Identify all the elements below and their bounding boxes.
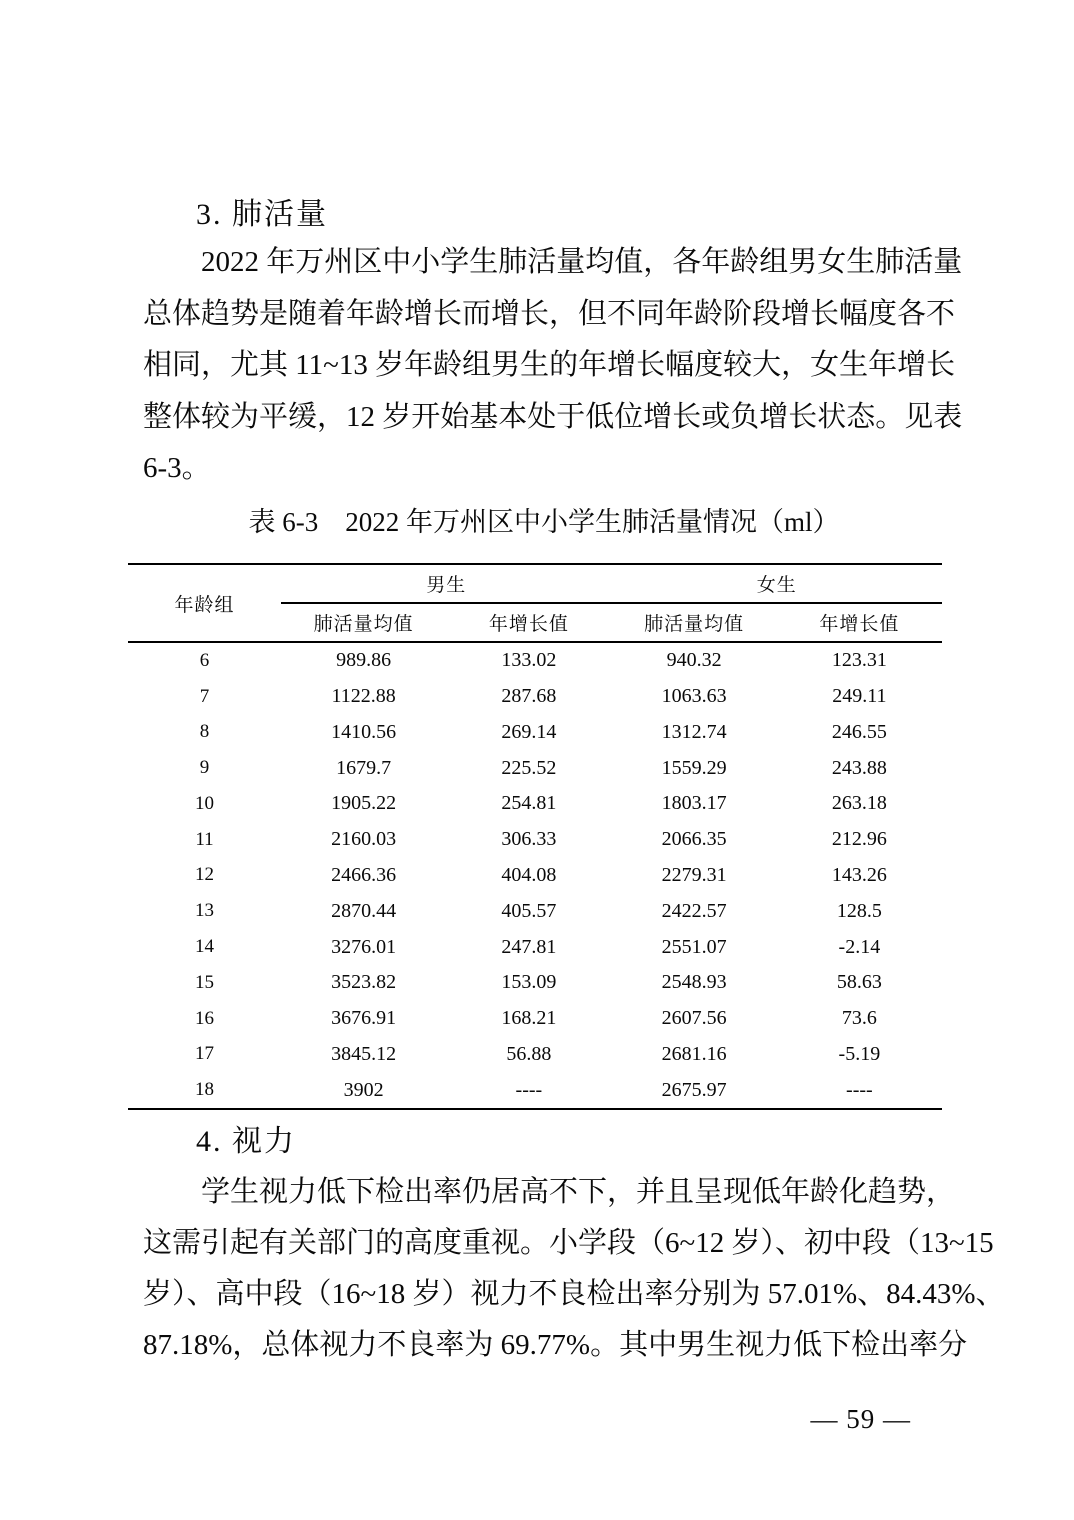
cell-value: 123.31: [777, 649, 942, 672]
cell-value: 168.21: [446, 1007, 611, 1030]
cell-age: 12: [128, 864, 281, 886]
table-row: 71122.88287.681063.63249.11: [128, 679, 942, 715]
lung-capacity-table: 年龄组 男生 女生 肺活量均值 年增长值 肺活量均值 年增长值 6989.861…: [128, 563, 942, 1112]
cell-value: 269.14: [446, 721, 611, 744]
cell-value: 1122.88: [281, 685, 446, 708]
cell-value: 246.55: [777, 721, 942, 744]
cell-value: 2160.03: [281, 828, 446, 851]
cell-value: 128.5: [777, 900, 942, 923]
cell-value: 3676.91: [281, 1007, 446, 1030]
table-body: 6989.86133.02940.32123.3171122.88287.681…: [128, 643, 942, 1108]
cell-value: 3523.82: [281, 971, 446, 994]
cell-value: 2466.36: [281, 864, 446, 887]
cell-age: 15: [128, 972, 281, 994]
cell-value: 2551.07: [612, 936, 777, 959]
cell-value: 404.08: [446, 864, 611, 887]
cell-value: 2422.57: [612, 900, 777, 923]
table-caption: 表 6-3 2022 年万州区中小学生肺活量情况（ml）: [0, 505, 1074, 539]
col-header-female-mean: 肺活量均值: [612, 604, 777, 641]
table-row: 163676.91168.212607.5673.6: [128, 1001, 942, 1037]
cell-value: 2279.31: [612, 864, 777, 887]
paragraph-line: 岁）、高中段（16~18 岁）视力不良检出率分别为 57.01%、84.43%、: [143, 1269, 943, 1320]
col-header-male-mean: 肺活量均值: [281, 604, 446, 641]
cell-value: 56.88: [446, 1043, 611, 1066]
paragraph-line: 学生视力低下检出率仍居高不下，并且呈现低年龄化趋势，: [143, 1167, 943, 1218]
table-row: 101905.22254.811803.17263.18: [128, 786, 942, 822]
section-4-heading: 4. 视力: [196, 1125, 296, 1159]
cell-value: 2675.97: [612, 1079, 777, 1102]
cell-value: 58.63: [777, 971, 942, 994]
paragraph-line: 总体趋势是随着年龄增长而增长，但不同年龄阶段增长幅度各不: [143, 289, 943, 341]
table-row: 112160.03306.332066.35212.96: [128, 822, 942, 858]
cell-value: 940.32: [612, 649, 777, 672]
table-row: 6989.86133.02940.32123.31: [128, 643, 942, 679]
paragraph-line: 6-3。: [143, 443, 943, 495]
cell-value: 306.33: [446, 828, 611, 851]
cell-value: 2066.35: [612, 828, 777, 851]
document-page: 3. 肺活量 2022 年万州区中小学生肺活量均值，各年龄组男女生肺活量 总体趋…: [0, 0, 1074, 1520]
cell-age: 7: [128, 686, 281, 708]
paragraph-vision: 学生视力低下检出率仍居高不下，并且呈现低年龄化趋势， 这需引起有关部门的高度重视…: [143, 1167, 943, 1371]
cell-value: 254.81: [446, 792, 611, 815]
paragraph-lung-capacity: 2022 年万州区中小学生肺活量均值，各年龄组男女生肺活量 总体趋势是随着年龄增…: [143, 237, 943, 495]
table-row: 122466.36404.082279.31143.26: [128, 858, 942, 894]
cell-age: 17: [128, 1043, 281, 1065]
cell-value: 1410.56: [281, 721, 446, 744]
col-header-male-growth: 年增长值: [446, 604, 611, 641]
cell-age: 18: [128, 1079, 281, 1101]
table-row: 81410.56269.141312.74246.55: [128, 715, 942, 751]
table-row: 173845.1256.882681.16-5.19: [128, 1036, 942, 1072]
cell-value: ----: [777, 1079, 942, 1102]
cell-value: 2607.56: [612, 1007, 777, 1030]
cell-value: 247.81: [446, 936, 611, 959]
cell-value: 2870.44: [281, 900, 446, 923]
table-row: 183902----2675.97----: [128, 1072, 942, 1108]
table-row: 153523.82153.092548.9358.63: [128, 965, 942, 1001]
paragraph-line: 相同，尤其 11~13 岁年龄组男生的年增长幅度较大，女生年增长: [143, 340, 943, 392]
col-header-age-group: 年龄组: [128, 565, 281, 641]
cell-value: 243.88: [777, 757, 942, 780]
cell-value: 1559.29: [612, 757, 777, 780]
cell-value: 1905.22: [281, 792, 446, 815]
paragraph-line: 这需引起有关部门的高度重视。小学段（6~12 岁）、初中段（13~15: [143, 1218, 943, 1269]
cell-value: 2548.93: [612, 971, 777, 994]
table-row: 91679.7225.521559.29243.88: [128, 750, 942, 786]
cell-value: -2.14: [777, 936, 942, 959]
cell-value: 153.09: [446, 971, 611, 994]
cell-value: 133.02: [446, 649, 611, 672]
cell-age: 9: [128, 757, 281, 779]
cell-value: 212.96: [777, 828, 942, 851]
cell-value: 1679.7: [281, 757, 446, 780]
paragraph-line: 整体较为平缓，12 岁开始基本处于低位增长或负增长状态。见表: [143, 392, 943, 444]
cell-age: 6: [128, 650, 281, 672]
cell-value: 263.18: [777, 792, 942, 815]
cell-value: 3845.12: [281, 1043, 446, 1066]
cell-value: 1312.74: [612, 721, 777, 744]
cell-value: 989.86: [281, 649, 446, 672]
cell-age: 8: [128, 721, 281, 743]
cell-value: 143.26: [777, 864, 942, 887]
cell-age: 16: [128, 1008, 281, 1030]
cell-age: 11: [128, 829, 281, 851]
paragraph-line: 87.18%，总体视力不良率为 69.77%。其中男生视力低下检出率分: [143, 1320, 943, 1371]
cell-value: 3276.01: [281, 936, 446, 959]
table-row: 143276.01247.812551.07-2.14: [128, 929, 942, 965]
table-row: 132870.44405.572422.57128.5: [128, 893, 942, 929]
col-group-female: 女生: [612, 565, 943, 602]
section-3-heading: 3. 肺活量: [196, 198, 328, 232]
cell-value: ----: [446, 1079, 611, 1102]
cell-value: 405.57: [446, 900, 611, 923]
cell-value: 225.52: [446, 757, 611, 780]
cell-value: 3902: [281, 1079, 446, 1102]
cell-value: 2681.16: [612, 1043, 777, 1066]
cell-value: 73.6: [777, 1007, 942, 1030]
cell-value: -5.19: [777, 1043, 942, 1066]
cell-value: 249.11: [777, 685, 942, 708]
cell-value: 1803.17: [612, 792, 777, 815]
cell-age: 13: [128, 900, 281, 922]
table-bottom-rule: [128, 1108, 942, 1110]
col-header-female-growth: 年增长值: [777, 604, 942, 641]
cell-age: 10: [128, 793, 281, 815]
paragraph-line: 2022 年万州区中小学生肺活量均值，各年龄组男女生肺活量: [143, 237, 943, 289]
cell-value: 1063.63: [612, 685, 777, 708]
cell-value: 287.68: [446, 685, 611, 708]
col-group-male: 男生: [281, 565, 612, 602]
page-number: — 59 —: [811, 1402, 912, 1436]
cell-age: 14: [128, 936, 281, 958]
